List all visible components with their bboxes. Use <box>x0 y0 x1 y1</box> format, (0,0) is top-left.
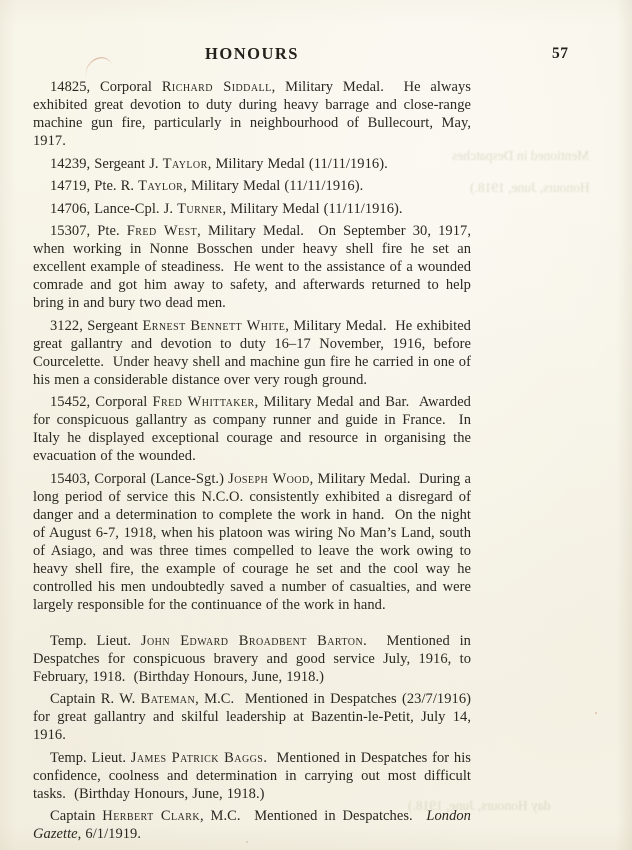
entry-paragraph: 3122, Sergeant Ernest Bennett White, Mil… <box>33 317 471 389</box>
text-segment: 14719, Pte. R. <box>50 178 138 194</box>
person-name: Taylor <box>163 156 208 172</box>
entry-paragraph: 15403, Corporal (Lance-Sgt.) Joseph Wood… <box>33 470 471 614</box>
text-segment: 14706, Lance-Cpl. J. <box>50 201 177 217</box>
text-segment: , Military Medal (11/11/1916). <box>208 156 388 172</box>
text-segment: 15452, Corporal <box>50 394 152 410</box>
text-segment: Captain R. W. <box>50 691 141 707</box>
text-segment: Temp. Lieut. <box>50 633 141 649</box>
text-segment: , Military Medal (11/11/1916). <box>183 178 363 194</box>
text-segment: 14825, Corporal <box>50 79 162 95</box>
paper-speck <box>246 841 248 843</box>
text-segment: 14239, Sergeant J. <box>50 156 163 172</box>
book-page: Mentioned in DespatchesHonours, June, 19… <box>0 0 632 850</box>
bleed-through-text: Mentioned in Despatches <box>452 148 589 164</box>
text-segment: Captain <box>50 808 102 824</box>
text-segment: Temp. Lieut. <box>50 750 131 766</box>
text-segment: , M.C. Mentioned in Despatches. <box>200 808 426 824</box>
person-name: James Patrick Baggs <box>131 750 264 766</box>
person-name: Taylor <box>138 178 183 194</box>
paper-speck <box>231 120 234 123</box>
person-name: Joseph Wood <box>228 471 310 487</box>
entry-paragraph: Captain Herbert Clark, M.C. Mentioned in… <box>33 807 471 843</box>
page-body: 14825, Corporal Richard Siddall, Militar… <box>33 78 471 848</box>
entry-paragraph: Temp. Lieut. James Patrick Baggs. Mentio… <box>33 749 471 803</box>
entry-paragraph: Temp. Lieut. John Edward Broadbent Barto… <box>33 632 471 686</box>
entry-paragraph: 15307, Pte. Fred West, Military Medal. O… <box>33 222 471 312</box>
text-segment: 3122, Sergeant <box>50 318 142 334</box>
person-name: Bateman <box>141 691 196 707</box>
entry-paragraph: 15452, Corporal Fred Whittaker, Military… <box>33 393 471 465</box>
bleed-through-text: Honours, June, 1918.) <box>470 180 590 196</box>
entry-paragraph: 14825, Corporal Richard Siddall, Militar… <box>33 78 471 150</box>
text-segment: 6/1/1919. <box>81 826 141 842</box>
entry-paragraph: 14239, Sergeant J. Taylor, Military Meda… <box>33 155 471 173</box>
entry-paragraph: 14706, Lance-Cpl. J. Turner, Military Me… <box>33 200 471 218</box>
text-segment: 15307, Pte. <box>50 223 127 239</box>
person-name: Richard Siddall <box>162 79 272 95</box>
person-name: Turner <box>177 201 222 217</box>
text-segment: , Military Medal (11/11/1916). <box>223 201 403 217</box>
person-name: Herbert Clark <box>102 808 200 824</box>
person-name: John Edward Broadbent Barton <box>141 633 363 649</box>
entry-paragraph: 14719, Pte. R. Taylor, Military Medal (1… <box>33 177 471 195</box>
text-segment: , Military Medal. During a long period o… <box>33 471 475 613</box>
paper-speck <box>595 712 597 714</box>
text-segment: 15403, Corporal (Lance-Sgt.) <box>50 471 228 487</box>
person-name: Fred Whittaker <box>152 394 254 410</box>
person-name: Fred West <box>127 223 197 239</box>
entry-paragraph: Captain R. W. Bateman, M.C. Mentioned in… <box>33 690 471 744</box>
page-number: 57 <box>552 45 569 63</box>
person-name: Ernest Bennett White <box>142 318 285 334</box>
